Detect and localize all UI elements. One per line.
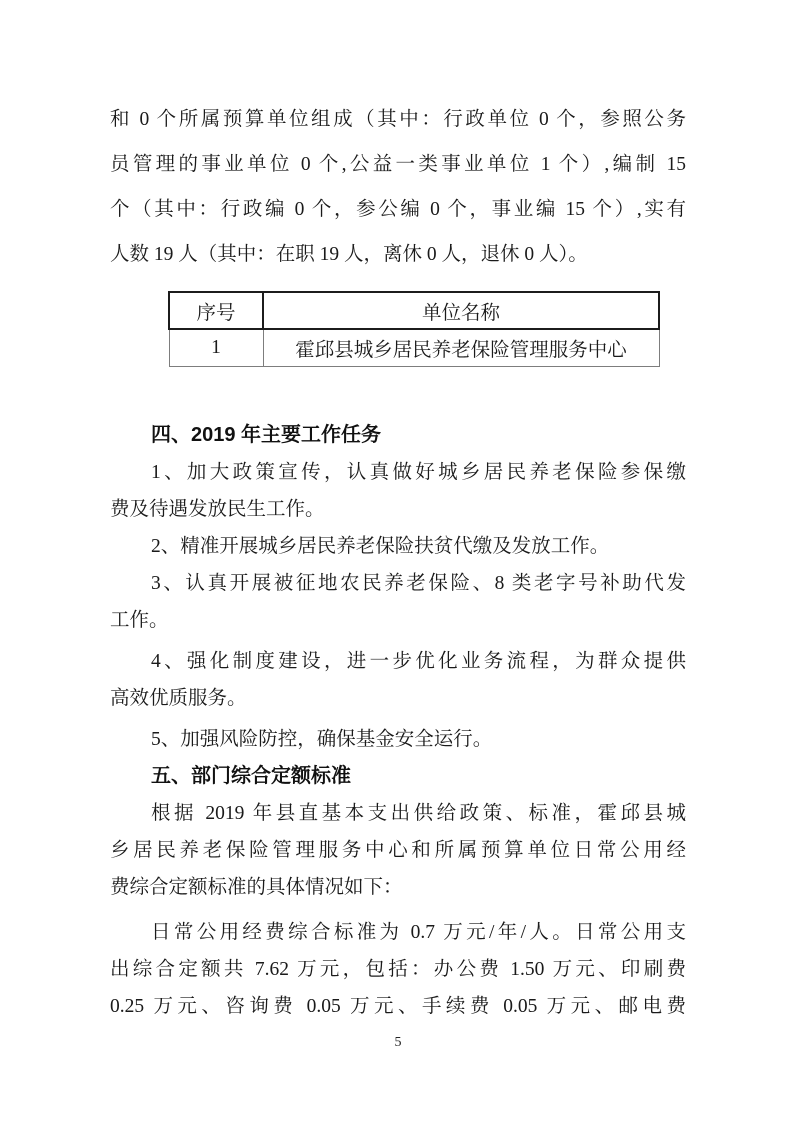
paragraph-line: 和 0 个所属预算单位组成（其中：行政单位 0 个，参照公务 — [110, 97, 686, 142]
paragraph-line: 出综合定额共 7.62 万元，包括：办公费 1.50 万元、印刷费 — [110, 951, 686, 988]
paragraph-line: 个（其中：行政编 0 个，参公编 0 个，事业编 15 个）,实有 — [110, 187, 686, 232]
section-five-heading: 五、部门综合定额标准 — [110, 758, 686, 795]
task-item-line: 2、精准开展城乡居民养老保险扶贫代缴及发放工作。 — [110, 528, 686, 565]
section-four-heading: 四、2019 年主要工作任务 — [110, 417, 686, 454]
page-number: 5 — [110, 1033, 686, 1053]
document-page: 和 0 个所属预算单位组成（其中：行政单位 0 个，参照公务 员管理的事业单位 … — [0, 0, 793, 1122]
paragraph-line: 员管理的事业单位 0 个,公益一类事业单位 1 个）,编制 15 — [110, 142, 686, 187]
task-item: 3、认真开展被征地农民养老保险、8 类老字号补助代发 工作。 — [110, 565, 686, 639]
task-item: 2、精准开展城乡居民养老保险扶贫代缴及发放工作。 — [110, 528, 686, 565]
task-item-line: 4、强化制度建设，进一步优化业务流程，为群众提供 — [110, 643, 686, 680]
quota-paragraph: 根据 2019 年县直基本支出供给政策、标准，霍邱县城 乡居民养老保险管理服务中… — [110, 795, 686, 906]
task-item-line: 费及待遇发放民生工作。 — [110, 491, 686, 528]
paragraph-line: 乡居民养老保险管理服务中心和所属预算单位日常公用经 — [110, 832, 686, 869]
paragraph-line: 根据 2019 年县直基本支出供给政策、标准，霍邱县城 — [110, 795, 686, 832]
table-header-index: 序号 — [169, 292, 263, 329]
table-cell-index: 1 — [169, 329, 263, 367]
task-item-line: 1、加大政策宣传，认真做好城乡居民养老保险参保缴 — [110, 454, 686, 491]
task-item: 4、强化制度建设，进一步优化业务流程，为群众提供 高效优质服务。 — [110, 643, 686, 717]
task-item: 1、加大政策宣传，认真做好城乡居民养老保险参保缴 费及待遇发放民生工作。 — [110, 454, 686, 528]
paragraph-line: 日常公用经费综合标准为 0.7 万元/年/人。日常公用支 — [110, 914, 686, 951]
task-item-line: 高效优质服务。 — [110, 680, 686, 717]
table-row: 1 霍邱县城乡居民养老保险管理服务中心 — [169, 329, 659, 367]
task-item: 5、加强风险防控，确保基金安全运行。 — [110, 721, 686, 758]
table-header-row: 序号 单位名称 — [169, 292, 659, 329]
paragraph-line: 0.25 万元、咨询费 0.05 万元、手续费 0.05 万元、邮电费 — [110, 988, 686, 1025]
task-item-line: 5、加强风险防控，确保基金安全运行。 — [110, 721, 686, 758]
table-header-unit-name: 单位名称 — [263, 292, 659, 329]
task-item-line: 工作。 — [110, 602, 686, 639]
paragraph-line: 费综合定额标准的具体情况如下： — [110, 869, 686, 906]
table-cell-unit-name: 霍邱县城乡居民养老保险管理服务中心 — [263, 329, 659, 367]
task-item-line: 3、认真开展被征地农民养老保险、8 类老字号补助代发 — [110, 565, 686, 602]
intro-paragraph: 和 0 个所属预算单位组成（其中：行政单位 0 个，参照公务 员管理的事业单位 … — [110, 97, 686, 277]
budget-units-table: 序号 单位名称 1 霍邱县城乡居民养老保险管理服务中心 — [168, 291, 660, 367]
paragraph-line: 人数 19 人（其中：在职 19 人，离休 0 人，退休 0 人）。 — [110, 232, 686, 277]
quota-paragraph: 日常公用经费综合标准为 0.7 万元/年/人。日常公用支 出综合定额共 7.62… — [110, 914, 686, 1025]
